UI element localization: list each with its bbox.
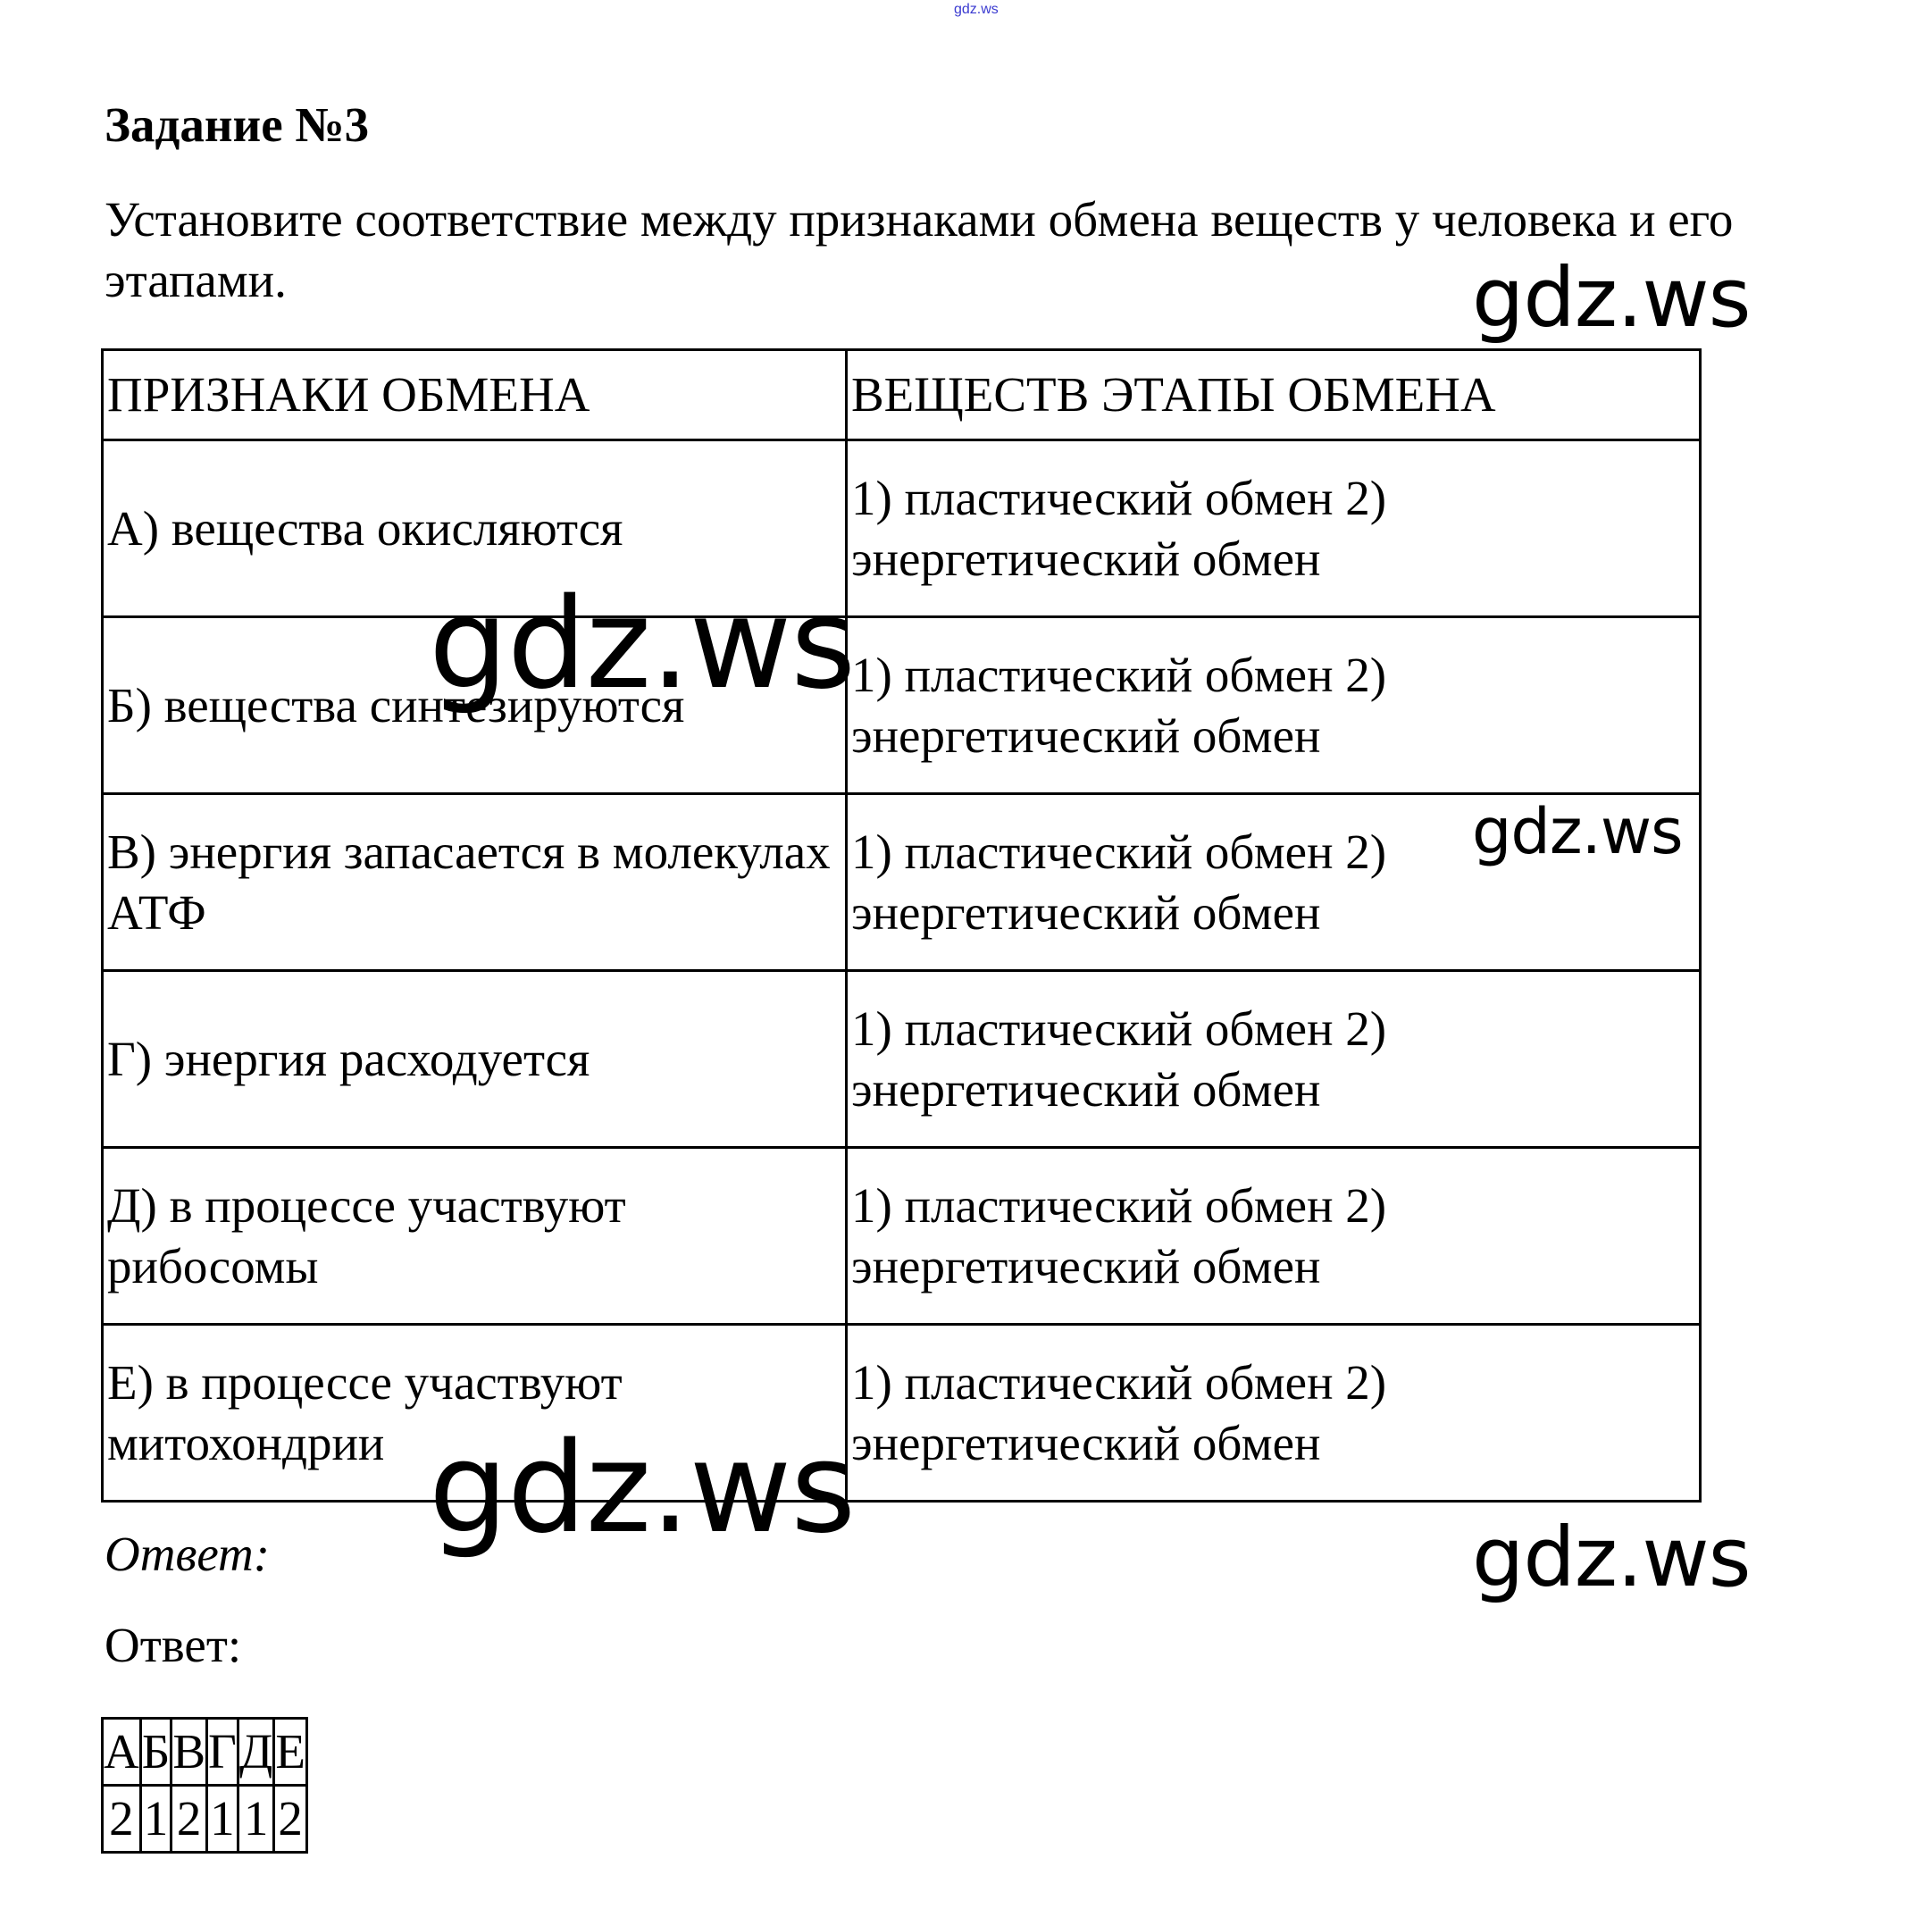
table-row: В) энергия запасается в молекулах АТФ 1)…: [103, 794, 1701, 971]
stages-cell: 1) пластический обмен 2) энергетический …: [847, 617, 1701, 794]
task-title: Задание №3: [105, 96, 369, 153]
answer-italic-label: Ответ:: [105, 1526, 270, 1582]
feature-cell: В) энергия запасается в молекулах АТФ: [103, 794, 847, 971]
stages-cell: 1) пластический обмен 2) энергетический …: [847, 1325, 1701, 1502]
matching-table: ПРИЗНАКИ ОБМЕНА ВЕЩЕСТВ ЭТАПЫ ОБМЕНА А) …: [101, 348, 1702, 1503]
answer-letter: А: [103, 1719, 141, 1786]
answer-value: 1: [207, 1786, 238, 1853]
feature-cell: Д) в процессе участвуют рибосомы: [103, 1148, 847, 1325]
answer-value: 2: [171, 1786, 207, 1853]
header-features: ПРИЗНАКИ ОБМЕНА: [103, 350, 847, 440]
table-row: Е) в процессе участвуют митохондрии 1) п…: [103, 1325, 1701, 1502]
answer-letter: В: [171, 1719, 207, 1786]
answer-letter: Б: [140, 1719, 171, 1786]
table-header-row: ПРИЗНАКИ ОБМЕНА ВЕЩЕСТВ ЭТАПЫ ОБМЕНА: [103, 350, 1701, 440]
answer-letters-row: А Б В Г Д Е: [103, 1719, 307, 1786]
answer-value: 2: [274, 1786, 307, 1853]
stages-cell: 1) пластический обмен 2) энергетический …: [847, 440, 1701, 617]
answer-values-row: 2 1 2 1 1 2: [103, 1786, 307, 1853]
feature-cell: Г) энергия расходуется: [103, 971, 847, 1148]
answer-letter: Е: [274, 1719, 307, 1786]
answer-table: А Б В Г Д Е 2 1 2 1 1 2: [101, 1717, 308, 1854]
table-row: Д) в процессе участвуют рибосомы 1) плас…: [103, 1148, 1701, 1325]
table-row: Б) вещества синтезируются 1) пластически…: [103, 617, 1701, 794]
table-row: А) вещества окисляются 1) пластический о…: [103, 440, 1701, 617]
table-row: Г) энергия расходуется 1) пластический о…: [103, 971, 1701, 1148]
header-watermark: gdz.ws: [954, 2, 999, 18]
watermark: gdz.ws: [1472, 1510, 1751, 1605]
answer-value: 1: [238, 1786, 274, 1853]
stages-cell: 1) пластический обмен 2) энергетический …: [847, 971, 1701, 1148]
watermark: gdz.ws: [429, 572, 855, 717]
answer-letter: Д: [238, 1719, 274, 1786]
watermark: gdz.ws: [429, 1416, 855, 1561]
header-stages: ВЕЩЕСТВ ЭТАПЫ ОБМЕНА: [847, 350, 1701, 440]
watermark: gdz.ws: [1472, 795, 1683, 868]
watermark: gdz.ws: [1472, 250, 1751, 346]
answer-label: Ответ:: [105, 1617, 241, 1673]
answer-value: 2: [103, 1786, 141, 1853]
answer-value: 1: [140, 1786, 171, 1853]
answer-letter: Г: [207, 1719, 238, 1786]
stages-cell: 1) пластический обмен 2) энергетический …: [847, 1148, 1701, 1325]
